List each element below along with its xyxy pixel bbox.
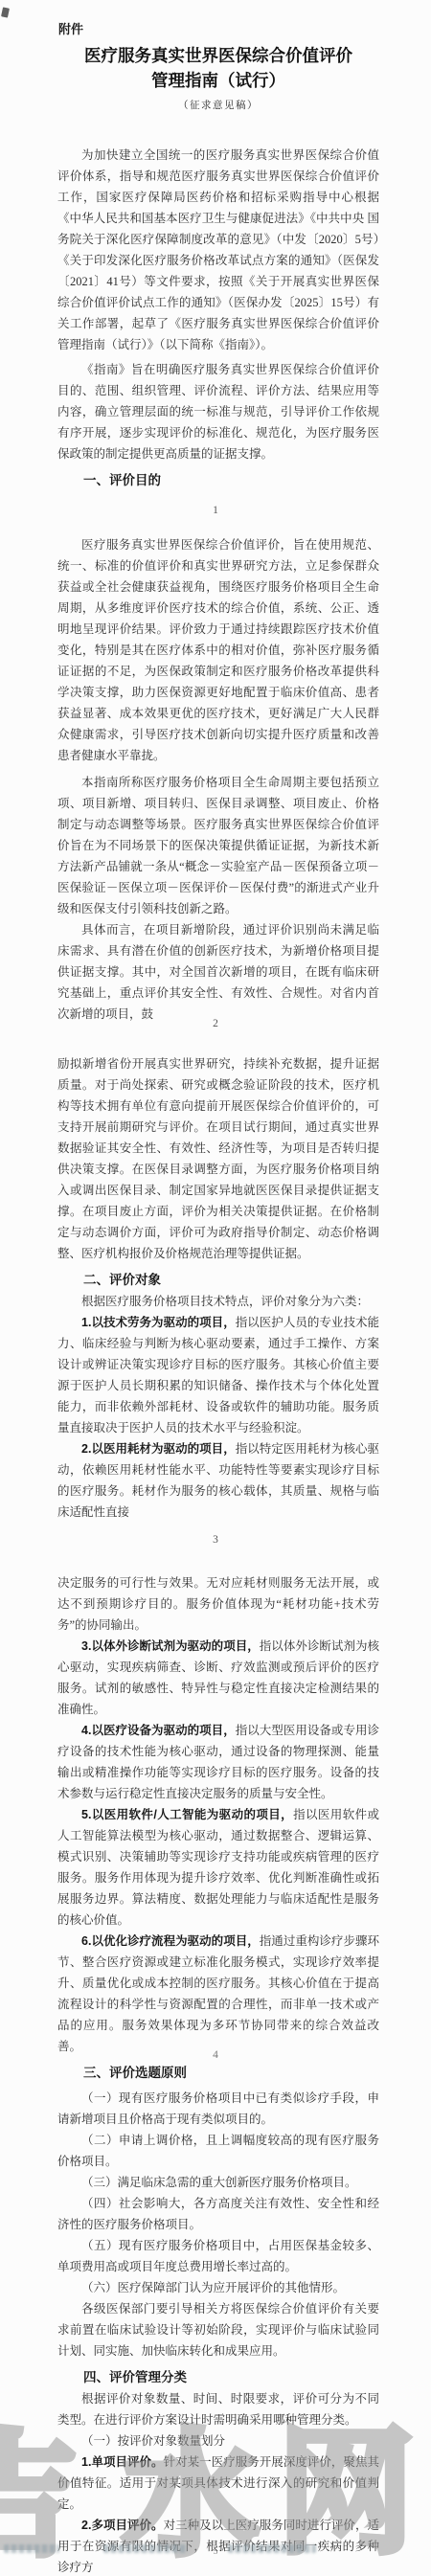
classification-item-1: 1.单项目评价。针对某一医疗服务开展深度评价，聚焦其价值特征。适用于对某项具体技… bbox=[57, 2452, 379, 2515]
paragraph-continuation-2: 决定服务的可行性与效果。无对应耗材则服务无法开展，或达不到预期诊疗目的。服务价值… bbox=[57, 1572, 379, 1636]
page-number-2: 2 bbox=[0, 1017, 431, 1030]
principle-item-4: （四）社会影响大，各方高度关注有效性、安全性和经济性的医疗服务价格项目。 bbox=[57, 2193, 379, 2235]
classification-item-2-label: 2.多项目评价。 bbox=[81, 2519, 164, 2532]
paragraph-guide-purpose: 《指南》旨在明确医疗服务真实世界医保综合价值评价目的、范围、组织管理、评价流程、… bbox=[57, 359, 379, 464]
category-item-6-label: 6.以优化诊疗流程为驱动的项目， bbox=[81, 1934, 260, 1948]
category-item-3-label: 3.以体外诊断试剂为驱动的项目， bbox=[81, 1639, 260, 1653]
paragraph-new-project-stage: 具体而言，在项目新增阶段，通过评价识别尚未满足临床需求、具有潜在价值的创新医疗技… bbox=[57, 919, 379, 1025]
paragraph-purpose-detail: 医疗服务真实世界医保综合价值评价，旨在使用规范、统一、标准的价值评价和真实世界研… bbox=[57, 534, 379, 766]
category-item-4-label: 4.以医疗设备为驱动的项目， bbox=[81, 1724, 236, 1737]
principle-item-6: （六）医疗保障部门认为应开展评价的其他情形。 bbox=[57, 2277, 379, 2298]
page-4-content: 决定服务的可行性与效果。无对应耗材则服务无法开展，或达不到预期诊疗目的。服务价值… bbox=[57, 1572, 379, 2084]
paragraph-basis: 为加快建立全国统一的医疗服务真实世界医保综合价值评价体系，指导和规范医疗服务真实… bbox=[57, 145, 379, 355]
attachment-label: 附件 bbox=[58, 19, 379, 40]
principle-item-2: （二）申请上调价格，且上调幅度较高的现有医疗服务价格项目。 bbox=[57, 2130, 379, 2172]
principle-item-3: （三）满足临床急需的重大创新医疗服务价格项目。 bbox=[57, 2172, 379, 2193]
document-title: 医疗服务真实世界医保综合价值评价 管理指南（试行） bbox=[57, 43, 379, 93]
category-item-5-text: 指以医用软件或人工智能算法模型为核心驱动，通过数据整合、逻辑运算、模式识别、决策… bbox=[57, 1808, 379, 1927]
paragraph-continuation: 励拟新增省份开展真实世界研究，持续补充数据，提升证据质量。对于尚处探索、研究或概… bbox=[57, 1053, 379, 1264]
document-title-line2: 管理指南（试行） bbox=[57, 68, 379, 93]
category-item-1-label: 1.以技术劳务为驱动的项目， bbox=[81, 1316, 236, 1329]
draft-subtitle: （征求意见稿） bbox=[57, 96, 379, 117]
section-heading-evaluation-objects: 二、评价对象 bbox=[57, 1270, 379, 1291]
section-heading-topic-selection: 三、评价选题原则 bbox=[57, 2063, 379, 2084]
subheading-by-object-count: （一）按评价对象数量划分 bbox=[57, 2430, 379, 2452]
category-item-4: 4.以医疗设备为驱动的项目，指以大型医用设备或专用诊疗设备的技术性能为核心驱动，… bbox=[57, 1720, 379, 1804]
page-1-content: 附件 医疗服务真实世界医保综合价值评价 管理指南（试行） （征求意见稿） 为加快… bbox=[57, 0, 379, 491]
scanned-document-sheet: 附件 医疗服务真实世界医保综合价值评价 管理指南（试行） （征求意见稿） 为加快… bbox=[0, 0, 431, 2576]
page-number-4: 4 bbox=[0, 2048, 431, 2062]
paragraph-classification-intro: 根据评价对象数量、时间、时限要求，评价可分为不同类型。在进行评价方案设计时需明确… bbox=[57, 2388, 379, 2430]
category-item-2: 2.以医用耗材为驱动的项目，指以特定医用耗材为核心驱动，依赖医用耗材性能水平、功… bbox=[57, 1438, 379, 1523]
page-number-1: 1 bbox=[0, 504, 431, 517]
paragraph-guidance: 各级医保部门要引导相关方将医保综合价值评价有关要求前置在临床试验设计等初始阶段，… bbox=[57, 2298, 379, 2361]
paragraph-lifecycle: 本指南所称医疗服务价格项目全生命周期主要包括预立项、项目新增、项目转归、医保目录… bbox=[57, 772, 379, 919]
document-title-line1: 医疗服务真实世界医保综合价值评价 bbox=[57, 43, 379, 68]
principle-item-1: （一）现有医疗服务价格项目中已有类似诊疗手段，申请新增项目且价格高于现有类似项目… bbox=[57, 2088, 379, 2130]
category-item-5: 5.以医用软件/人工智能为驱动的项目，指以医用软件或人工智能算法模型为核心驱动，… bbox=[57, 1804, 379, 1931]
category-item-2-label: 2.以医用耗材为驱动的项目， bbox=[81, 1442, 236, 1456]
page-number-3: 3 bbox=[0, 1533, 431, 1547]
category-item-6-text: 指通过重构诊疗步骤环节、整合医疗资源或建立标准化服务模式，实现诊疗效率提升、质量… bbox=[57, 1934, 379, 2053]
category-item-3: 3.以体外诊断试剂为驱动的项目，指以体外诊断试剂为核心驱动，实现疾病筛查、诊断、… bbox=[57, 1636, 379, 1720]
page-5-content: （一）现有医疗服务价格项目中已有类似诊疗手段，申请新增项目且价格高于现有类似项目… bbox=[57, 2088, 379, 2576]
page-2-content: 医疗服务真实世界医保综合价值评价，旨在使用规范、统一、标准的价值评价和真实世界研… bbox=[57, 534, 379, 1025]
category-item-6: 6.以优化诊疗流程为驱动的项目，指通过重构诊疗步骤环节、整合医疗资源或建立标准化… bbox=[57, 1931, 379, 2057]
category-item-5-label: 5.以医用软件/人工智能为驱动的项目， bbox=[81, 1808, 293, 1821]
principle-item-5: （五）现有医疗服务价格项目中，占用医保基金较多、单项费用高或项目年度总费用增长率… bbox=[57, 2235, 379, 2277]
category-item-1-text: 指以医护人员的专业技术能力、临床经验与判断为核心驱动要素，通过手工操作、方案设计… bbox=[57, 1316, 379, 1435]
page-number-5: 5 bbox=[0, 2545, 431, 2559]
classification-item-1-label: 1.单项目评价。 bbox=[81, 2455, 164, 2469]
section-heading-evaluation-purpose: 一、评价目的 bbox=[57, 470, 379, 491]
page-3-content: 励拟新增省份开展真实世界研究，持续补充数据，提升证据质量。对于尚处探索、研究或概… bbox=[57, 1053, 379, 1523]
scan-artifact bbox=[1, 7, 10, 17]
paragraph-six-categories-intro: 根据医疗服务价格项目技术特点，评价对象分为六类： bbox=[57, 1291, 379, 1312]
section-heading-management-classification: 四、评价管理分类 bbox=[57, 2367, 379, 2388]
category-item-1: 1.以技术劳务为驱动的项目，指以医护人员的专业技术能力、临床经验与判断为核心驱动… bbox=[57, 1312, 379, 1438]
